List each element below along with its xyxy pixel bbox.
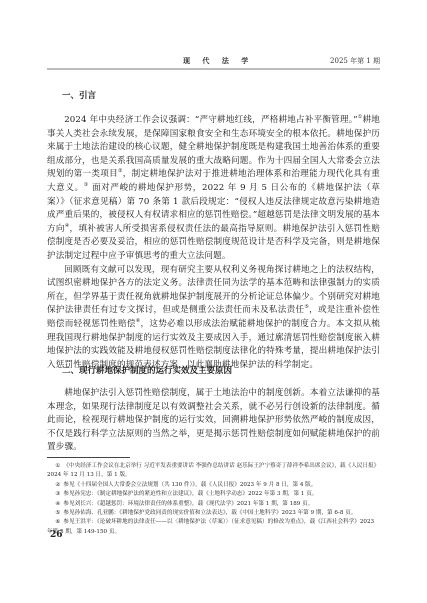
footnote-mark: ④ <box>55 501 60 507</box>
footnote-text: 《中央经济工作会议在北京举行 习近平发表重要讲话 李强作总结讲话 赵乐际王沪宁蔡… <box>47 463 379 478</box>
issue-label: 2025 年第 1 期 <box>330 54 380 68</box>
footnote-6: ⑥参见王洪平：《论破坏耕地的法律责任——以〈耕地保护法（草案）〉（征求意见稿）的… <box>47 518 380 537</box>
footnote-text: 参见孙佑海、孔亚鹏：《耕地保护党政同责的现实价值和立法表达》，载《中国土地科学》… <box>63 510 356 516</box>
section-introduction-body: 2024 年中央经济工作会议强调：“严守耕地红线，严格耕地占补平衡管理。”①耕地… <box>47 114 380 372</box>
footnote-3: ③参见孙宪忠：《制定耕地保护法的紧迫性和立法建议》，载《土地科学动态》2022 … <box>47 490 380 499</box>
footnote-text: 参见刘长兴：《超越惩罚：环境法律责任的体系重整》，载《现代法学》2021 年第 … <box>63 501 313 507</box>
journal-name: 现 代 法 学 <box>183 54 253 68</box>
footnote-1: ①《中央经济工作会议在北京举行 习近平发表重要讲话 李强作总结讲话 赵乐际王沪宁… <box>47 462 380 481</box>
footnote-mark: ③ <box>55 491 60 497</box>
paragraph: 耕地保护法引入惩罚性赔偿制度，属于土地法治中的制度创新。本着立法谦抑的基本理念，… <box>47 387 380 455</box>
footnote-5: ⑤参见孙佑海、孔亚鹏：《耕地保护党政同责的现实价值和立法表达》，载《中国土地科学… <box>47 509 380 518</box>
footnote-text: 参见《十四届全国人大常委会立法规划（共 130 件）》，载《人民日报》2023 … <box>63 482 316 488</box>
text-run: 耕地保护法引入惩罚性赔偿制度，属于土地法治中的制度创新。本着立法谦抑的基本理念，… <box>47 388 380 452</box>
page-number: 26 <box>50 530 63 540</box>
section-heading-current-system: 二、现行耕地保护制度的运行实效及主要原因 <box>62 364 232 376</box>
footnote-text: 参见孙宪忠：《制定耕地保护法的紧迫性和立法建议》，载《土地科学动态》2022 年… <box>63 491 317 497</box>
footnote-mark: ⑤ <box>55 510 60 516</box>
paragraph: 回顾既有文献可以发现，现有研究主要从权利义务视角探讨耕地之上的法权结构，试图织密… <box>47 264 380 373</box>
section-heading-introduction: 一、引言 <box>62 89 96 101</box>
footnote-mark: ① <box>55 463 60 469</box>
document-page: 现 代 法 学 2025 年第 1 期 一、引言 2024 年中央经济工作会议强… <box>0 0 427 603</box>
text-run: ，填补被害人所受损害系侵权责任法的最高指导原则。耕地保护法引入惩罚性赔偿制度是否… <box>47 224 380 261</box>
footnote-text: 参见王洪平：《论破坏耕地的法律责任——以〈耕地保护法（草案）〉（征求意见稿）的修… <box>47 519 374 534</box>
footnote-divider <box>47 457 130 458</box>
footnote-mark: ⑥ <box>55 519 60 525</box>
text-run: 2024 年中央经济工作会议强调：“严守耕地红线，严格耕地占补平衡管理。” <box>64 115 358 125</box>
footnote-2: ②参见《十四届全国人大常委会立法规划（共 130 件）》，载《人民日报》2023… <box>47 481 380 490</box>
running-header: 现 代 法 学 2025 年第 1 期 <box>47 54 380 68</box>
footnotes: ①《中央经济工作会议在北京举行 习近平发表重要讲话 李强作总结讲话 赵乐际王沪宁… <box>47 462 380 537</box>
footnote-4: ④参见刘长兴：《超越惩罚：环境法律责任的体系重整》，载《现代法学》2021 年第… <box>47 500 380 509</box>
header-divider <box>47 68 380 70</box>
section-current-system-body: 耕地保护法引入惩罚性赔偿制度，属于土地法治中的制度创新。本着立法谦抑的基本理念，… <box>47 387 380 455</box>
paragraph: 2024 年中央经济工作会议强调：“严守耕地红线，严格耕地占补平衡管理。”①耕地… <box>47 114 380 264</box>
footnote-mark: ② <box>55 482 60 488</box>
